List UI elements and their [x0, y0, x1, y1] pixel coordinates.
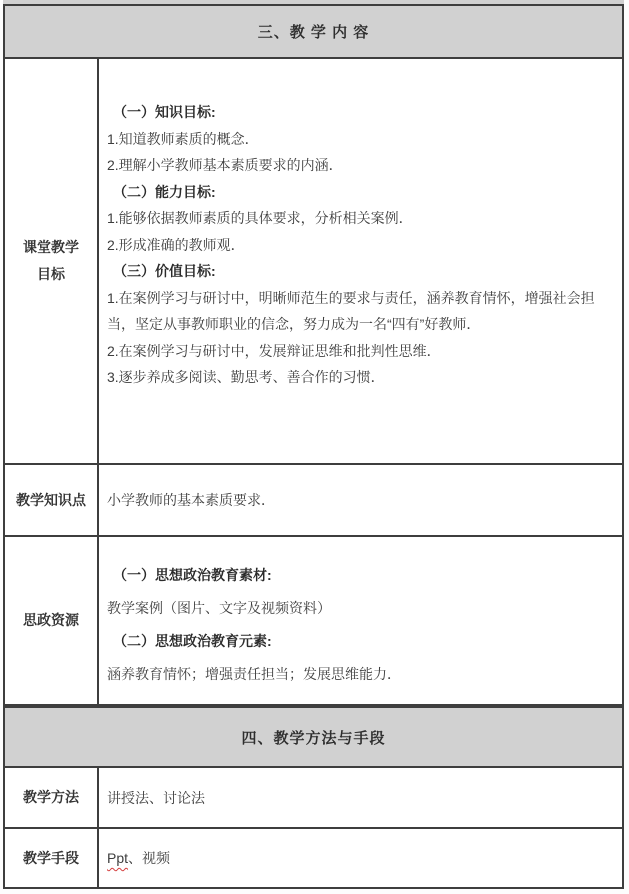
content-heading: （二）能力目标:: [107, 179, 608, 206]
row-label-teaching-means: 教学手段: [5, 829, 99, 887]
section-header-methods-means: 四、教学方法与手段: [5, 706, 622, 768]
content-line: 教学案例（图片、文字及视频资料）: [107, 592, 608, 625]
row-label-text: 教学知识点: [16, 487, 86, 514]
classroom-goals-content: （一）知识目标:1.知道教师素质的概念．2.理解小学教师基本素质要求的内涵．（二…: [99, 59, 622, 463]
content-line: 1.知道教师素质的概念．: [107, 126, 608, 153]
ideological-resources-content: （一）思想政治教育素材:教学案例（图片、文字及视频资料）（二）思想政治教育元素:…: [99, 537, 622, 704]
teaching-means-content: Ppt、视频: [99, 829, 622, 887]
table-row: 教学方法 讲授法、讨论法: [5, 768, 622, 829]
row-label-classroom-goals: 课堂教学目标: [5, 59, 99, 463]
row-label-teaching-methods: 教学方法: [5, 768, 99, 827]
content-heading: （三）价值目标:: [107, 258, 608, 285]
content-line: 2.在案例学习与研讨中，发展辩证思维和批判性思维．: [107, 338, 608, 365]
teaching-plan-page: 三、教 学 内 容 课堂教学目标 （一）知识目标:1.知道教师素质的概念．2.理…: [0, 0, 629, 894]
row-label-ideological-resources: 思政资源: [5, 537, 99, 704]
misspelled-word-ppt: Ppt: [107, 850, 128, 866]
content-line: 涵养教育情怀；增强责任担当；发展思维能力．: [107, 658, 608, 691]
teaching-methods-content: 讲授法、讨论法: [99, 768, 622, 827]
content-line: 2.理解小学教师基本素质要求的内涵．: [107, 152, 608, 179]
row-label-text: 教学方法: [23, 784, 79, 811]
content-line: 1.在案例学习与研讨中，明晰师范生的要求与责任，涵养教育情怀，增强社会担当，坚定…: [107, 285, 608, 338]
content-heading: （一）知识目标:: [107, 99, 608, 126]
teaching-means-text: 、视频: [128, 850, 170, 866]
table-row: 教学手段 Ppt、视频: [5, 829, 622, 887]
content-heading: （二）思想政治教育元素:: [107, 625, 608, 658]
table-row: 思政资源 （一）思想政治教育素材:教学案例（图片、文字及视频资料）（二）思想政治…: [5, 537, 622, 706]
section-title: 四、教学方法与手段: [241, 727, 385, 748]
content-line: 3.逐步养成多阅读、勤思考、善合作的习惯．: [107, 364, 608, 391]
content-heading: （一）思想政治教育素材:: [107, 559, 608, 592]
teaching-methods-text: 讲授法、讨论法: [107, 788, 205, 808]
section-header-teaching-content: 三、教 学 内 容: [5, 6, 622, 59]
row-label-knowledge-points: 教学知识点: [5, 465, 99, 535]
table-row: 课堂教学目标 （一）知识目标:1.知道教师素质的概念．2.理解小学教师基本素质要…: [5, 59, 622, 465]
content-line: 2.形成准确的教师观．: [107, 232, 608, 259]
teaching-plan-table: 三、教 学 内 容 课堂教学目标 （一）知识目标:1.知道教师素质的概念．2.理…: [3, 4, 624, 889]
knowledge-points-content: 小学教师的基本素质要求．: [99, 465, 622, 535]
section-title: 三、教 学 内 容: [258, 21, 370, 42]
table-row: 教学知识点 小学教师的基本素质要求．: [5, 465, 622, 537]
row-label-text: 教学手段: [23, 845, 79, 872]
row-label-text: 思政资源: [23, 607, 79, 634]
knowledge-points-text: 小学教师的基本素质要求．: [107, 490, 275, 510]
content-line: 1.能够依据教师素质的具体要求，分析相关案例．: [107, 205, 608, 232]
row-label-text: 课堂教学目标: [22, 234, 81, 287]
